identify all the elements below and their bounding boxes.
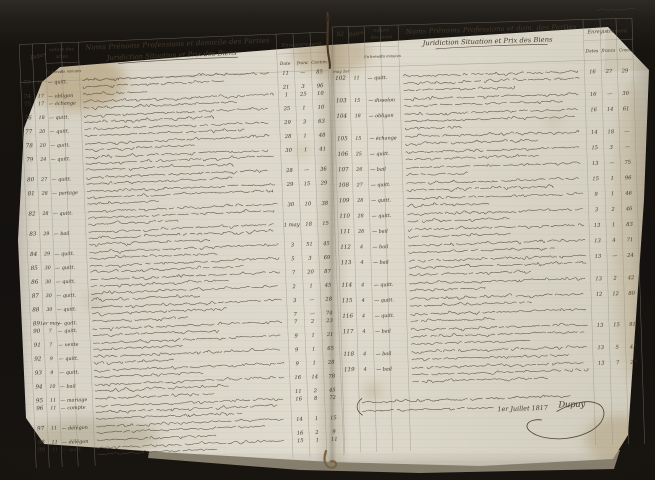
entry-reg-date: 16 xyxy=(297,430,305,436)
handwriting-line xyxy=(90,251,217,259)
entry-number: 73 xyxy=(23,80,31,86)
entry-francs: — xyxy=(309,297,314,303)
entry-centimes: 72 xyxy=(329,395,336,401)
registration-split-rule xyxy=(277,52,328,54)
left-header-registration: Enregistrement xyxy=(280,41,322,49)
handwriting-line xyxy=(412,361,583,370)
entry-act-type: — quitt. xyxy=(50,142,70,149)
entry-francs: 14 xyxy=(311,374,318,380)
handwriting-line xyxy=(93,329,219,337)
header-bottom-rule xyxy=(333,59,633,68)
handwriting-line xyxy=(90,257,279,269)
entry-centimes: 28 xyxy=(324,296,333,302)
entry-reg-date: 9 xyxy=(594,192,598,198)
entry-francs: 2 xyxy=(310,319,315,325)
entry-number: 74 xyxy=(24,94,32,100)
entry-centimes: 11 xyxy=(331,437,338,443)
left-header-dates-label: Dates xyxy=(29,52,47,62)
entry-reg-date: 15 xyxy=(297,438,304,444)
entry-day: 30 xyxy=(46,293,52,299)
column-rule xyxy=(583,20,596,446)
entry-act-type: — quitt. xyxy=(374,297,394,304)
handwriting-line xyxy=(91,270,280,282)
handwriting-line xyxy=(92,298,281,309)
entry-act-type: — bail xyxy=(376,351,392,357)
entry-francs: 1 xyxy=(302,105,306,111)
handwriting-line xyxy=(85,120,268,131)
entry-francs: 20 xyxy=(306,269,315,275)
entry-day: 20 xyxy=(38,129,45,135)
handwriting-line xyxy=(409,261,586,270)
entry-day: 11 xyxy=(50,398,56,404)
register-entry: 8530— quitt.5369 xyxy=(31,254,332,277)
photo-background: Dates nature des actes En brevet En minu… xyxy=(0,0,655,480)
handwriting-line xyxy=(407,192,586,200)
handwriting-line xyxy=(94,347,282,358)
entry-day: 10 xyxy=(49,384,55,390)
entry-reg-date: 16 xyxy=(294,375,302,381)
entry-act-type: — bail xyxy=(373,260,389,266)
entry-act-type: — quitt. xyxy=(57,306,77,313)
entry-francs: 2 xyxy=(313,388,318,394)
right-header-nature-line2: des actes xyxy=(370,34,393,41)
right-header-reg-francs: francs xyxy=(600,49,616,54)
entry-act-type: — échange xyxy=(369,134,397,142)
entry-number: 84 xyxy=(30,252,38,258)
entry-francs: 27 xyxy=(605,69,613,75)
entry-act-type: — bail xyxy=(376,366,392,372)
entry-centimes: 42 xyxy=(627,275,635,281)
handwriting-line xyxy=(93,320,282,332)
handwriting-line xyxy=(89,223,274,235)
handwriting-line xyxy=(97,425,265,434)
handwriting-line xyxy=(408,222,584,232)
entry-centimes: 10 xyxy=(317,91,325,97)
entry-francs: 2 xyxy=(314,430,319,436)
entry-act-type: — partage xyxy=(52,190,78,197)
entry-act-type: — quitt. xyxy=(370,151,390,158)
handwriting-line xyxy=(412,354,568,361)
entry-centimes: 45 xyxy=(322,241,330,247)
entry-centimes: 96 xyxy=(317,83,325,89)
register-entry: 9410— bail161478 xyxy=(35,373,336,396)
entry-centimes: 15 xyxy=(322,221,329,227)
register-entry: 939— quitt.9128 xyxy=(35,359,336,382)
handwriting-line xyxy=(407,184,553,192)
entry-reg-date: 13 xyxy=(597,345,604,351)
register-entry: 10625— quitt.153— xyxy=(337,143,630,163)
handwriting-line xyxy=(413,376,548,384)
entry-francs: 4 xyxy=(611,238,615,244)
entry-reg-date: 14 xyxy=(591,130,598,136)
entry-act-type: — quitt. xyxy=(56,279,76,286)
entry-francs: 1 xyxy=(315,416,319,422)
entry-centimes: 78 xyxy=(328,374,336,380)
register-entry: 7618— quitt.25110 xyxy=(25,104,326,127)
handwriting-line xyxy=(83,90,149,96)
entry-francs: 7 xyxy=(616,360,620,366)
entry-act-type: — obligon xyxy=(369,113,394,120)
right-page-folio-number: 82 xyxy=(337,32,345,38)
entry-centimes: 46 xyxy=(624,191,632,197)
entry-act-type: — bail xyxy=(370,167,386,173)
entry-reg-date: 16 xyxy=(295,396,303,402)
entry-francs: 3 xyxy=(303,119,307,125)
handwriting-line xyxy=(93,345,182,351)
handwriting-line xyxy=(87,183,275,194)
handwriting-line xyxy=(83,92,273,104)
entry-centimes: 29 xyxy=(621,68,629,74)
entry-day: 4 xyxy=(360,282,364,288)
entry-centimes: 85 xyxy=(316,69,323,75)
closing-date: 1er Juillet 1817 xyxy=(497,404,549,414)
entry-francs: 1 xyxy=(316,437,320,443)
handwriting-line xyxy=(406,146,579,154)
entry-number: 109 xyxy=(339,198,350,204)
handwriting-line xyxy=(95,392,214,400)
entry-francs: — xyxy=(310,311,315,317)
entry-centimes: 48 xyxy=(318,132,327,138)
entry-number: 81 xyxy=(28,191,35,197)
handwriting-line xyxy=(85,144,194,152)
entry-number: 104 xyxy=(336,114,347,120)
entry-francs: — xyxy=(607,91,612,97)
entry-francs: 15 xyxy=(613,322,620,328)
entry-centimes: 45 xyxy=(328,387,336,393)
handwriting-line xyxy=(95,375,284,387)
entry-centimes: 65 xyxy=(327,346,334,352)
entry-number: 111 xyxy=(340,229,351,235)
entry-centimes: 45 xyxy=(629,344,637,350)
entry-number: 117 xyxy=(343,329,354,335)
right-month-note: may 1er xyxy=(333,68,351,74)
register-entry: 8027— quitt.28—36 xyxy=(27,165,328,188)
entry-day: 18 xyxy=(355,113,361,119)
entry-act-type: — délégon xyxy=(62,438,88,446)
entry-number: 75 xyxy=(24,102,32,108)
handwriting-line xyxy=(411,339,530,345)
register-entry: 10515— échange1418— xyxy=(337,127,630,148)
entry-day: 29 xyxy=(42,231,49,237)
entry-day: 17 xyxy=(38,93,45,99)
entry-act-type: — quitt. xyxy=(58,328,78,335)
entry-centimes: 9 xyxy=(332,429,336,435)
entry-centimes: 23 xyxy=(325,318,334,324)
entry-reg-date: 13 xyxy=(598,361,605,367)
register-svg: Dates nature des actes En brevet En minu… xyxy=(0,0,655,480)
right-header-minutes-label: En minutes xyxy=(379,54,401,59)
entry-act-type: — quitt. xyxy=(53,210,73,217)
handwriting-line xyxy=(86,162,233,172)
right-header-reg-centimes: Cmes xyxy=(619,47,631,52)
entry-act-type: — quitt. xyxy=(57,320,77,327)
entry-centimes: 41 xyxy=(318,146,326,152)
left-page-entries: 7317— quitt.11—857417— obligon213967517—… xyxy=(23,68,338,457)
handwriting-line xyxy=(92,307,227,316)
entry-day: 17 xyxy=(38,101,45,107)
entry-act-type: — quitt. xyxy=(51,156,71,163)
handwriting-line xyxy=(91,279,229,289)
entry-centimes: 21 xyxy=(326,332,334,338)
entry-day: 11 xyxy=(353,75,359,81)
entry-day: 26 xyxy=(355,167,362,173)
handwriting-line xyxy=(412,345,589,354)
entry-day: 28 xyxy=(41,211,48,217)
closing-line xyxy=(362,406,493,412)
column-rule xyxy=(364,26,377,452)
handwriting-line xyxy=(406,138,538,146)
entry-reg-date: 14 xyxy=(296,417,303,423)
entry-number: 83 xyxy=(29,232,37,238)
entry-reg-date: 2 xyxy=(291,284,296,290)
entry-francs: 1 xyxy=(611,191,614,197)
handwriting-line xyxy=(406,171,467,176)
entry-francs: 1 xyxy=(309,283,313,289)
entry-reg-date: 13 xyxy=(594,223,601,229)
handwriting-line xyxy=(95,384,228,394)
entry-number: 94 xyxy=(35,384,43,390)
column-rule xyxy=(632,18,645,444)
right-header-registration: Enregistrement xyxy=(586,28,628,35)
handwriting-line xyxy=(411,317,497,323)
entry-reg-date: 9 xyxy=(295,361,299,367)
handwriting-line xyxy=(409,247,555,254)
column-rule xyxy=(348,27,361,453)
handwriting-line xyxy=(404,76,579,85)
entry-number: 116 xyxy=(342,314,353,320)
handwriting-line xyxy=(408,216,509,223)
entry-act-type: — quitt. xyxy=(52,176,72,183)
register-entry: 1164— quitt. xyxy=(342,307,585,325)
handwriting-line xyxy=(404,69,578,78)
entry-francs: 18 xyxy=(305,221,313,227)
entry-number: 107 xyxy=(338,167,349,173)
entry-centimes: 87 xyxy=(324,269,332,275)
handwriting-line xyxy=(84,100,237,110)
entry-reg-date: 15 xyxy=(591,145,598,151)
entry-day: 30 xyxy=(45,279,51,285)
nature-split-rule xyxy=(365,46,399,47)
entry-centimes: 91 xyxy=(629,322,636,328)
entry-day: 18 xyxy=(39,115,45,121)
entry-act-type: — mariage xyxy=(60,397,87,404)
entry-francs: 14 xyxy=(607,107,614,113)
entry-day: 11 xyxy=(50,405,56,411)
entry-act-type: — bail xyxy=(60,384,76,391)
entry-reg-date: 28 xyxy=(285,168,294,174)
entry-centimes: — xyxy=(625,144,630,150)
entry-act-type: — bail xyxy=(54,231,70,238)
entry-reg-date: 29 xyxy=(286,182,295,188)
entry-number: 112 xyxy=(340,245,351,251)
handwriting-line xyxy=(96,403,280,414)
entry-francs: — xyxy=(300,70,305,76)
handwriting-line xyxy=(409,270,530,277)
entry-francs: 3 xyxy=(308,256,312,262)
handwriting-line xyxy=(410,287,487,292)
left-header-reg-date: Date xyxy=(279,62,291,67)
entry-day: 15 xyxy=(355,136,361,142)
entry-centimes: — xyxy=(624,129,629,135)
entry-day: 30 xyxy=(45,265,51,271)
entry-reg-date: 30 xyxy=(287,202,295,208)
handwriting-line xyxy=(97,434,216,442)
entry-day: 15 xyxy=(354,98,360,104)
entry-reg-date: 13 xyxy=(592,161,599,167)
entry-number: 95 xyxy=(36,398,44,404)
entry-centimes: 15 xyxy=(330,415,337,421)
entry-number: 97 xyxy=(37,426,45,432)
entry-act-type: — quitt. xyxy=(49,115,69,122)
handwriting-line xyxy=(406,162,580,170)
entry-reg-date: 16 xyxy=(590,92,597,98)
entry-centimes: 36 xyxy=(320,166,328,172)
handwriting-line xyxy=(87,177,232,186)
entry-francs: — xyxy=(612,253,617,259)
entry-number: 115 xyxy=(342,298,353,304)
column-rule xyxy=(398,25,411,451)
entry-reg-date: 21 xyxy=(282,85,290,91)
entry-francs: 1 xyxy=(311,333,315,339)
handwriting-line xyxy=(85,134,269,146)
entry-reg-date: 7 xyxy=(292,270,296,276)
handwriting-line xyxy=(410,300,531,307)
entry-day: 4 xyxy=(359,244,363,250)
entry-day: 4 xyxy=(362,351,366,357)
entry-reg-date: 16 xyxy=(589,69,596,75)
entry-reg-date: 3 xyxy=(293,298,297,304)
column-rule xyxy=(616,19,629,445)
handwriting-line xyxy=(412,368,588,377)
entry-centimes: 27 xyxy=(629,360,637,366)
entry-francs: 1 xyxy=(304,147,308,153)
entry-number: 96 xyxy=(36,406,44,412)
entry-francs: 8 xyxy=(314,396,318,402)
entry-reg-date: 12 xyxy=(596,292,603,298)
entry-act-type: — quitt. xyxy=(59,356,79,363)
entry-day: 30 xyxy=(46,307,52,313)
handwriting-line xyxy=(409,239,585,248)
handwriting-line xyxy=(409,254,589,263)
entry-act-type: — délégon xyxy=(62,424,88,432)
entry-francs: 18 xyxy=(607,129,614,135)
entry-day: 4 xyxy=(362,329,366,335)
entry-reg-date: 13 xyxy=(594,238,601,244)
entry-number: 105 xyxy=(337,136,348,142)
entry-number: 79 xyxy=(26,157,34,163)
entry-number: 93 xyxy=(35,370,43,376)
entry-number: 90 xyxy=(33,329,41,335)
handwriting-line xyxy=(408,232,510,238)
entry-act-type: — quitt. xyxy=(374,282,394,289)
entry-centimes: 38 xyxy=(321,201,329,207)
handwriting-line xyxy=(408,207,583,216)
entry-reg-date: 13 xyxy=(597,323,604,329)
handwriting-line xyxy=(98,448,217,456)
entry-number: 82 xyxy=(28,211,36,217)
handwriting-line xyxy=(94,362,287,373)
entry-number: 88 xyxy=(32,307,40,313)
entry-centimes: 30 xyxy=(622,91,629,97)
handwriting-line xyxy=(91,284,278,295)
entry-number: 106 xyxy=(337,152,348,158)
entry-number: 114 xyxy=(341,283,352,289)
entry-act-type: — échange xyxy=(48,99,76,107)
entry-act-type: — quitt. xyxy=(50,128,70,135)
entry-act-type: — quitt. xyxy=(56,292,76,299)
entry-day: 11 xyxy=(52,447,58,453)
handwriting-line xyxy=(94,359,174,366)
entry-number: 80 xyxy=(27,177,35,183)
entry-reg-date: 29 xyxy=(283,120,292,126)
entry-centimes: 96 xyxy=(625,175,632,181)
entry-number: 87 xyxy=(32,293,40,299)
entry-centimes: 46 xyxy=(625,206,633,212)
binding-string-knot xyxy=(326,17,330,21)
handwriting-line xyxy=(89,229,273,240)
left-page-group: Dates nature des actes En brevet En minu… xyxy=(19,32,344,468)
entry-reg-date: 13 xyxy=(595,254,602,260)
entry-number: 118 xyxy=(343,351,354,357)
entry-day: 9 xyxy=(50,370,53,376)
entry-reg-date: 28 xyxy=(284,134,293,140)
registration-split-rule xyxy=(584,39,633,40)
entry-reg-date: 3 xyxy=(595,207,599,213)
left-header-minutes-label: En minutes xyxy=(59,69,81,74)
entry-day: 11 xyxy=(52,439,58,445)
entry-centimes: 75 xyxy=(624,160,631,166)
nature-split-rule xyxy=(46,62,79,63)
entry-reg-date: 1 may xyxy=(284,222,300,229)
handwriting-line xyxy=(96,397,283,408)
handwriting-line xyxy=(411,307,586,317)
entry-francs: 12 xyxy=(612,291,619,297)
entry-reg-date: 9 xyxy=(294,333,298,339)
entry-centimes: 69 xyxy=(324,255,332,261)
handwriting-line xyxy=(92,316,187,323)
handwriting-line xyxy=(404,86,515,92)
entry-number: 86 xyxy=(31,279,39,285)
entry-day: 4 xyxy=(363,367,367,373)
handwriting-line xyxy=(405,115,577,124)
handwriting-line xyxy=(96,412,241,421)
handwriting-line xyxy=(404,92,580,101)
right-header-nature-line1: nature xyxy=(373,27,389,33)
entry-number: 98 xyxy=(38,440,46,446)
entry-act-type: — vente xyxy=(58,342,78,349)
entry-number: 108 xyxy=(338,183,349,189)
entry-day: 11 xyxy=(51,425,57,431)
entry-francs: 5 xyxy=(615,345,618,351)
entry-reg-date: 30 xyxy=(285,148,293,154)
handwriting-line xyxy=(405,108,578,117)
handwriting-line xyxy=(84,107,271,118)
entry-reg-date: 16 xyxy=(590,107,597,113)
left-header-reg-centimes: Centim. xyxy=(311,59,328,65)
entry-day: 9 xyxy=(50,356,53,362)
handwriting-line xyxy=(86,154,273,166)
entry-day: 7 xyxy=(49,342,53,348)
handwriting-line xyxy=(83,79,226,89)
entry-reg-date: 9 xyxy=(295,347,299,353)
entry-francs: 1 xyxy=(612,222,615,228)
entry-act-type: — quitt. xyxy=(371,197,391,204)
entry-francs: 1 xyxy=(303,133,307,139)
entry-francs: — xyxy=(304,167,309,173)
entry-reg-date: 11 xyxy=(282,71,289,77)
entry-number: 102 xyxy=(335,76,346,82)
closing-line xyxy=(362,394,573,403)
